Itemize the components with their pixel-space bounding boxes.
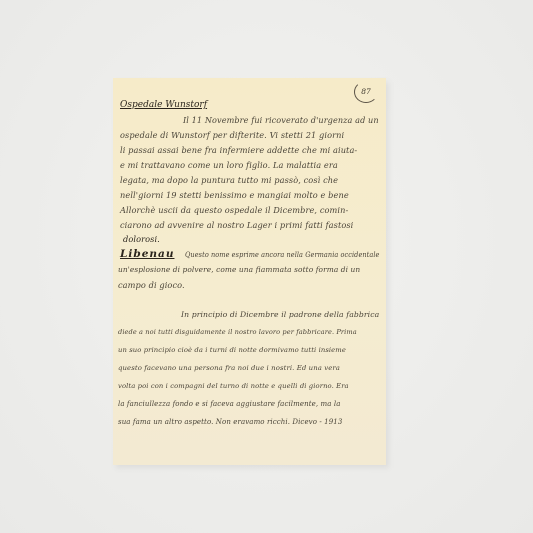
text-line: In principio di Dicembre il padrone dell… [181, 310, 379, 319]
text-line: li passai assai bene fra infermiere adde… [120, 145, 357, 155]
section-heading-wunstorf: Ospedale Wunstorf [120, 100, 207, 110]
text-line: questo facevano una persona fra noi due … [118, 364, 340, 372]
text-line: e mi trattavano come un loro figlio. La … [120, 160, 338, 170]
text-line: un'esplosione di polvere, come una fiamm… [118, 265, 360, 274]
text-line: campo di gioco. [118, 280, 185, 290]
text-line: un suo principio cioè da i turni di nott… [118, 346, 346, 354]
text-line: diede a noi tutti disguidamente il nostr… [118, 328, 357, 336]
text-line: Allorchè uscii da questo ospedale il Dic… [120, 205, 348, 215]
page-number: 87 [354, 81, 378, 103]
text-line: sua fama un altro aspetto. Non eravamo r… [118, 418, 342, 426]
text-line: nell'giorni 19 stetti benissimo e mangia… [120, 190, 349, 200]
section-heading-libenau: Libenau [120, 248, 174, 260]
text-line: ospedale di Wunstorf per difterite. Vi s… [120, 130, 344, 140]
text-line: ciarono ad avvenire al nostro Lager i pr… [120, 220, 353, 230]
text-line: la fanciullezza fondo e si faceva aggius… [118, 400, 341, 408]
text-line: volta poi con i compagni del turno di no… [118, 382, 349, 390]
manuscript-page: 87 Ospedale Wunstorf Il 11 Novembre fui … [113, 78, 386, 465]
text-line: legata, ma dopo la puntura tutto mi pass… [120, 175, 338, 185]
text-line: Il 11 Novembre fui ricoverato d'urgenza … [183, 115, 379, 125]
text-line: dolorosi. [123, 234, 160, 244]
text-line: Questo nome esprime ancora nella Germani… [185, 250, 380, 259]
